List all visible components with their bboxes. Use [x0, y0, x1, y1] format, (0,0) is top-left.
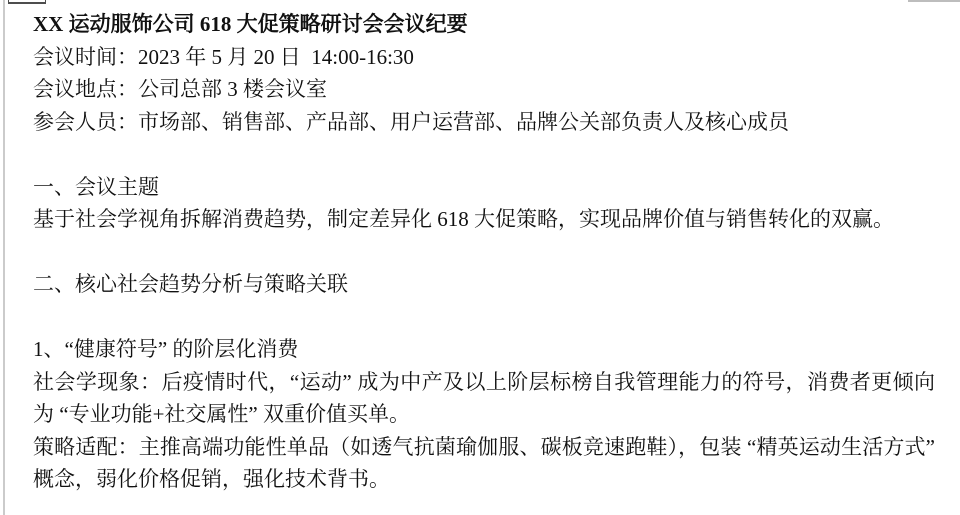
- section2-item1-phenomenon: 社会学现象：后疫情时代，“运动” 成为中产及以上阶层标榜自我管理能力的符号，消费…: [33, 366, 935, 431]
- document-title: XX 运动服饰公司 618 大促策略研讨会会议纪要: [33, 8, 935, 41]
- section2-item1-strategy: 策略适配：主推高端功能性单品（如透气抗菌瑜伽服、碳板竞速跑鞋），包装 “精英运动…: [33, 431, 935, 496]
- blank-line: [33, 236, 935, 269]
- section2-heading: 二、核心社会趋势分析与策略关联: [33, 268, 935, 301]
- blank-line: [33, 301, 935, 334]
- blank-line: [33, 138, 935, 171]
- left-edge-line: [3, 0, 5, 515]
- meeting-time-line: 会议时间：2023 年 5 月 20 日 14:00-16:30: [33, 41, 935, 74]
- meeting-location-line: 会议地点：公司总部 3 楼会议室: [33, 73, 935, 106]
- attendees-line: 参会人员：市场部、销售部、产品部、用户运营部、品牌公关部负责人及核心成员: [33, 106, 935, 139]
- section1-body: 基于社会学视角拆解消费趋势，制定差异化 618 大促策略，实现品牌价值与销售转化…: [33, 203, 935, 236]
- cropped-table-border-fragment: [8, 0, 46, 4]
- top-right-edge-line: [908, 0, 960, 2]
- section2-item1-heading: 1、“健康符号” 的阶层化消费: [33, 333, 935, 366]
- meeting-minutes-document: XX 运动服饰公司 618 大促策略研讨会会议纪要 会议时间：2023 年 5 …: [33, 8, 935, 496]
- section1-heading: 一、会议主题: [33, 171, 935, 204]
